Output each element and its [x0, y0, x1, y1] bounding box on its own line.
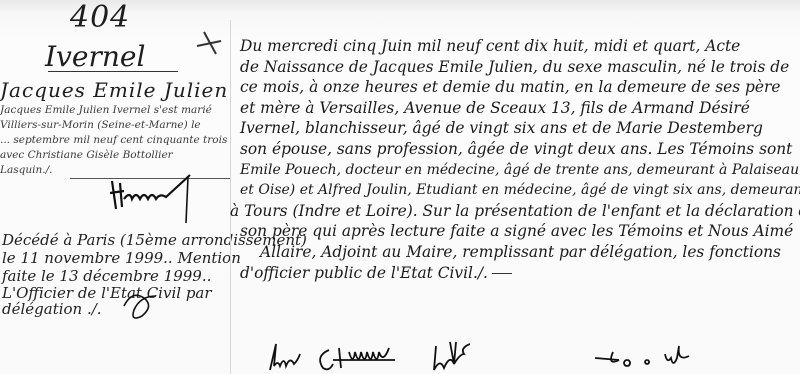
act-line: Ivernel, blanchisseur, âgé de vingt six …	[240, 118, 800, 139]
marriage-mention-line: ... septembre mil neuf cent cinquante tr…	[0, 134, 227, 146]
death-mention-line: délégation ./.	[2, 300, 102, 318]
marriage-mention-line: Lasquin./.	[0, 164, 52, 176]
death-mention-paraph-icon	[120, 288, 170, 322]
act-line: et mère à Versailles, Avenue de Sceaux 1…	[240, 98, 800, 119]
given-names: Jacques Emile Julien	[0, 78, 228, 102]
act-body: Du mercredi cinq Juin mil neuf cent dix …	[240, 36, 800, 283]
act-line: ce mois, à onze heures et demie du matin…	[240, 77, 800, 98]
signature-witness-joulin-icon	[430, 340, 470, 374]
act-line: de Naissance de Jacques Emile Julien, du…	[240, 57, 800, 78]
act-line: et Oise) et Alfred Joulin, Etudiant en m…	[240, 180, 800, 201]
death-mention-line: faite le 13 décembre 1999..	[2, 267, 211, 285]
signature-father-icon	[262, 340, 304, 374]
act-line: son épouse, sans profession, âgée de vin…	[240, 139, 800, 160]
act-line: son père qui après lecture faite a signé…	[240, 221, 800, 242]
cross-mark-icon	[196, 30, 222, 56]
signature-witness-pouech-icon	[315, 342, 400, 374]
margin-signature-icon	[110, 173, 230, 225]
act-line: Du mercredi cinq Juin mil neuf cent dix …	[240, 36, 800, 57]
marriage-mention-line: Villiers-sur-Morin (Seine-et-Marne) le	[0, 119, 201, 131]
marriage-mention-line: Jacques Emile Julien Ivernel s'est marié	[0, 104, 212, 116]
act-line: à Tours (Indre et Loire). Sur la présent…	[230, 201, 800, 222]
margin-column: 404 Ivernel Jacques Emile Julien Jacques…	[0, 0, 232, 374]
surname: Ivernel	[45, 40, 145, 73]
signature-officer-icon	[595, 344, 695, 370]
marriage-mention-line: avec Christiane Gisèle Bottollier	[0, 149, 173, 161]
death-mention-line: le 11 novembre 1999.. Mention	[2, 249, 241, 267]
act-line: Emile Pouech, docteur en médecine, âgé d…	[240, 160, 800, 181]
register-page: 404 Ivernel Jacques Emile Julien Jacques…	[0, 0, 800, 374]
act-line: d'officier public de l'Etat Civil./.	[240, 263, 800, 284]
signatures-row	[0, 340, 800, 374]
margin-divider	[230, 20, 231, 374]
register-number: 404	[70, 0, 130, 35]
act-line: Allaire, Adjoint au Maire, remplissant p…	[240, 242, 800, 263]
surname-underline	[48, 71, 178, 72]
